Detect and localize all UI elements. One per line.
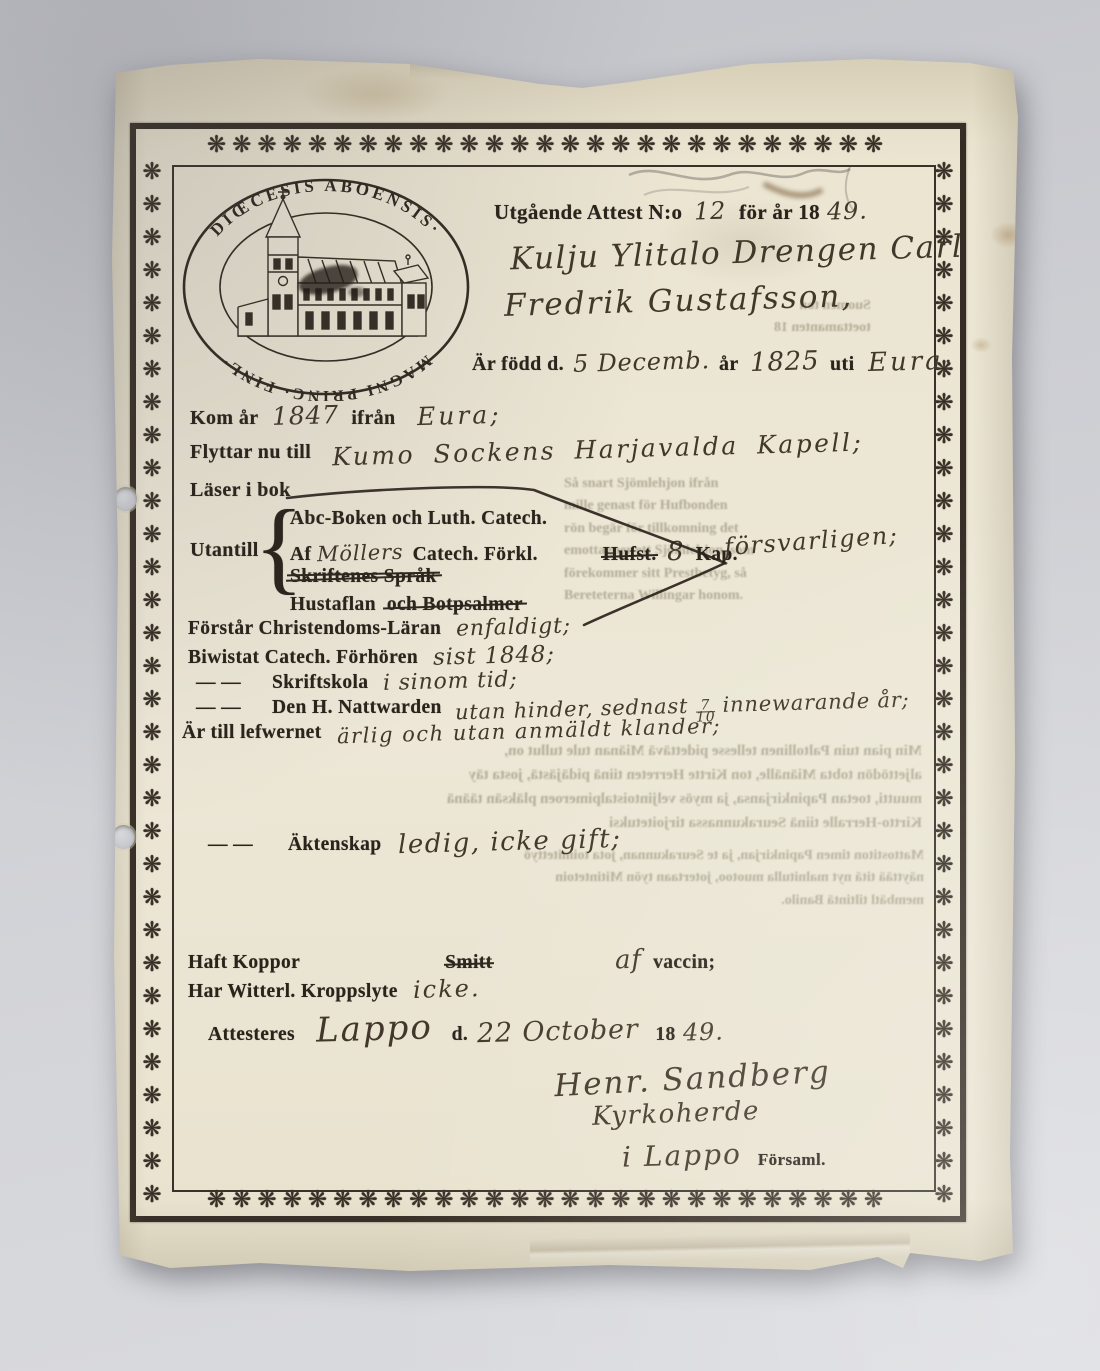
- handwritten-semicolon: ;: [943, 348, 953, 376]
- lefwernet-line: Är till lefwernet ärlig och utan anmäldt…: [182, 719, 721, 744]
- seal-bottom-text: MAGNI PRINC· FINL·: [217, 351, 435, 401]
- printed-item: Abc-Boken och Luth. Catech.: [290, 508, 547, 529]
- punch-hole: [114, 487, 137, 511]
- printed-struck-hufst: Hufst.: [603, 544, 657, 565]
- biwistat-line: Biwistat Catech. Förhören sist 1848;: [188, 643, 555, 669]
- handwritten-origin-place: Eura;: [416, 400, 501, 431]
- printed-header: Utgående Attest N:o: [494, 200, 682, 224]
- koppor-line: Haft Koppor Smitt af vaccin;: [188, 945, 715, 975]
- printed-skriftskola-label: Skriftskola: [272, 672, 369, 693]
- flyttar-line: Flyttar nu till Kumo Sockens Harjavalda …: [190, 435, 864, 464]
- certificate-content: Så snart Sjömlehjon ifrånmille genast fö…: [172, 165, 936, 1192]
- handwritten-place-lappo: Lappo: [315, 1007, 433, 1050]
- utantill-result: försvarligen;: [724, 527, 898, 555]
- printed-aktenskap-label: Äktenskap: [288, 834, 382, 855]
- forstar-line: Förstår Christendoms-Läran enfaldigt;: [188, 615, 571, 640]
- utantill-item1: Abc-Boken och Luth. Catech.: [290, 508, 547, 530]
- aktenskap-line: — — Äktenskap ledig, icke gift;: [208, 827, 622, 857]
- printed-item: Af: [290, 544, 311, 565]
- pencil-scribble: [629, 169, 850, 179]
- handwritten-i-lappo: i Lappo: [622, 1137, 743, 1173]
- ornamental-border: ❋❋❋❋❋❋❋❋❋❋❋❋❋❋❋❋❋❋❋❋❋❋❋❋❋❋❋ ❋❋❋❋❋❋❋❋❋❋❋❋…: [130, 123, 966, 1222]
- handwritten-signature: Henr. Sandberg: [553, 1054, 831, 1104]
- paper-crease: [530, 1231, 910, 1265]
- utantill-item3: Skriftenes Språk: [290, 566, 437, 588]
- printed-forsaml-label: Församl.: [758, 1150, 826, 1169]
- printed-biwistat-label: Biwistat Catech. Förhören: [188, 647, 418, 668]
- recipient-name-line2: Fredrik Gustafsson,: [504, 283, 853, 319]
- printed-uti-label: uti: [830, 353, 855, 375]
- printed-attesteres-label: Attesteres: [208, 1024, 295, 1045]
- handwritten-enfaldigt: enfaldigt;: [456, 613, 572, 641]
- skriftskola-line: — — Skriftskola i sinom tid;: [196, 669, 518, 694]
- pencil-scribble: [644, 187, 749, 195]
- signature-parish: i Lappo Församl.: [622, 1139, 826, 1172]
- printed-year-label: år: [719, 353, 739, 375]
- paper-shadow-wrap: ❋❋❋❋❋❋❋❋❋❋❋❋❋❋❋❋❋❋❋❋❋❋❋❋❋❋❋ ❋❋❋❋❋❋❋❋❋❋❋❋…: [0, 0, 1100, 1371]
- printed-struck-botpsalmer: och Botpsalmer: [387, 594, 523, 615]
- printed-ditto-dash: — —: [196, 672, 241, 693]
- printed-flyttar-label: Flyttar nu till: [190, 441, 311, 463]
- ink-blot: [348, 287, 366, 297]
- paper-stain: [300, 67, 450, 122]
- printed-struck-skriftenes: Skriftenes Språk: [290, 566, 437, 587]
- ink-smudge: [766, 185, 820, 195]
- recipient-name-line1: Kulju Ylitalo Drengen Carl: [510, 235, 963, 271]
- handwritten-birth-place: Eura: [867, 346, 943, 378]
- handwritten-af: af: [615, 945, 643, 976]
- attest-line: Attesteres Lappo d. 22 October 18 49.: [208, 1009, 723, 1049]
- utantill-item4: Hustaflan och Botpsalmer: [290, 594, 523, 616]
- handwritten-arrival-year: 1847: [271, 400, 339, 431]
- kroppslyte-line: Har Witterl. Kroppslyte icke.: [188, 975, 480, 1003]
- certificate-paper: ❋❋❋❋❋❋❋❋❋❋❋❋❋❋❋❋❋❋❋❋❋❋❋❋❋❋❋ ❋❋❋❋❋❋❋❋❋❋❋❋…: [110, 57, 1018, 1272]
- printed-nattwarden-label: Den H. Nattwarden: [272, 697, 442, 718]
- diocese-seal: DIŒCESIS ABOENSIS· MAGNI PRINC· FINL·: [180, 175, 472, 406]
- handwritten-attest-number: 12: [693, 197, 726, 226]
- printed-ditto-dash: — —: [208, 834, 253, 855]
- printed-forstar-label: Förstår Christendoms-Läran: [188, 618, 441, 639]
- printed-lefwernet-label: Är till lefwernet: [182, 722, 322, 743]
- handwritten-arlig-klander: ärlig och utan anmäldt klander;: [336, 714, 721, 749]
- printed-kroppslyte-label: Har Witterl. Kroppslyte: [188, 981, 398, 1002]
- printed-item: Catech. Förkl.: [413, 544, 538, 565]
- paper-stain: [970, 337, 992, 353]
- utantill-label: Utantill: [190, 539, 259, 562]
- printed-d-label: d.: [452, 1024, 469, 1045]
- handwritten-chapter-count: 8: [667, 537, 685, 567]
- handwritten-mollers: Möllers: [317, 540, 404, 566]
- printed-18-label: 18: [655, 1024, 675, 1045]
- handwritten-title-kyrkoherde: Kyrkoherde: [592, 1096, 761, 1132]
- kom-line: Kom år 1847 ifrån Eura;: [190, 401, 501, 430]
- handwritten-birth-date: 5 Decemb.: [573, 346, 711, 378]
- printed-koppor-label: Haft Koppor: [188, 952, 300, 973]
- handwritten-destination: Kumo Sockens Harjavalda Kapell;: [332, 428, 864, 472]
- printed-vaccin-label: vaccin;: [653, 952, 715, 973]
- printed-utantill-label: Utantill: [190, 539, 259, 561]
- punch-hole: [112, 825, 135, 849]
- seal-top-text: DIŒCESIS ABOENSIS·: [206, 176, 445, 240]
- header-line: Utgående Attest N:o 12 för år 18 49.: [494, 197, 868, 225]
- printed-struck-smitt: Smitt: [445, 952, 493, 973]
- paper-crease: [410, 55, 630, 89]
- printed-kom-label: Kom år: [190, 407, 259, 429]
- handwritten-text: innewarande år;: [722, 688, 910, 717]
- handwritten-icke: icke.: [412, 974, 480, 1004]
- handwritten-date: 22 October: [477, 1014, 639, 1049]
- handwritten-sist-1848: sist 1848;: [433, 641, 555, 670]
- handwritten-year: 49.: [827, 196, 868, 225]
- rosette-border-left: ❋❋❋❋❋❋❋❋❋❋❋❋❋❋❋❋❋❋❋❋❋❋❋❋❋❋❋❋❋❋❋❋❋: [137, 159, 167, 1186]
- handwritten-i-sinom-tid: i sinom tid;: [383, 667, 518, 696]
- printed-ditto-dash: — —: [196, 697, 241, 718]
- handwritten-name: Fredrik Gustafsson,: [504, 278, 854, 324]
- rosette-border-top: ❋❋❋❋❋❋❋❋❋❋❋❋❋❋❋❋❋❋❋❋❋❋❋❋❋❋❋: [140, 130, 956, 160]
- signature-name: Henr. Sandberg: [554, 1061, 831, 1097]
- birth-line: Är född d. 5 Decemb. år 1825 uti Eura;: [472, 347, 952, 377]
- paper-stain: [990, 222, 1026, 248]
- printed-born-label: Är född d.: [472, 353, 564, 375]
- printed-ifran-label: ifrån: [351, 407, 395, 429]
- handwritten-year-49: 49.: [682, 1017, 723, 1046]
- handwritten-birth-year: 1825: [749, 346, 819, 378]
- photo-background: ❋❋❋❋❋❋❋❋❋❋❋❋❋❋❋❋❋❋❋❋❋❋❋❋❋❋❋ ❋❋❋❋❋❋❋❋❋❋❋❋…: [0, 0, 1100, 1371]
- signature-title: Kyrkoherde: [592, 1099, 760, 1129]
- handwritten-name: Kulju Ylitalo Drengen Carl: [510, 229, 964, 278]
- handwritten-ledig-icke-gift: ledig, icke gift;: [398, 824, 622, 860]
- utantill-item2: Af Möllers Catech. Förkl. Hufst. 8 Kap.: [290, 537, 738, 567]
- printed-header-year: för år 18: [739, 200, 820, 224]
- bleedthrough-block-mirrored: Min pian tuin Paltollinen tellesse pidet…: [192, 739, 922, 835]
- printed-item: Hustaflan: [290, 594, 376, 615]
